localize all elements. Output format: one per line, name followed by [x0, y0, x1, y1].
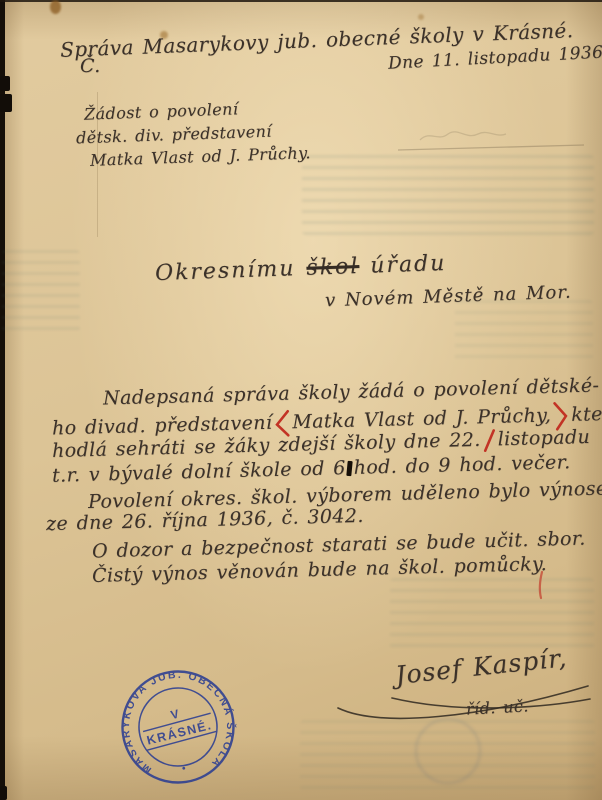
- recipient-struck-word: škol: [306, 254, 360, 281]
- faint-pencil-note: [392, 122, 590, 156]
- scan-edge-blemish: [0, 76, 10, 91]
- bleedthrough-smudge: [455, 300, 593, 362]
- recipient-line-1: Okresnímu škol úřadu: [155, 251, 447, 286]
- stamp-center-top-text: V: [169, 707, 180, 723]
- stamp-center: V KRÁSNÉ.: [138, 699, 216, 750]
- subject-line-1: Žádost o povolení: [84, 99, 239, 123]
- body-line-2-post: které: [571, 403, 602, 426]
- red-tick-mark: [533, 570, 547, 600]
- scan-edge-blemish: [0, 94, 12, 112]
- age-spot: [50, 0, 61, 14]
- scan-edge-left: [0, 0, 5, 800]
- bleedthrough-smudge: [302, 155, 594, 235]
- body-line-3-post: listopadu: [497, 426, 590, 450]
- subject-line-3: Matka Vlast od J. Průchy.: [90, 143, 311, 170]
- bleedthrough-smudge: [390, 578, 594, 650]
- bleedthrough-smudge: [2, 250, 80, 332]
- signature-title: říd. uč.: [466, 696, 530, 718]
- school-stamp: MASARYKOVA JUB. OBECNÁ ŠKOLA • V KRÁSNÉ.: [108, 657, 248, 797]
- body-line-4-post: hod. do 9 hod. večer.: [353, 451, 570, 479]
- file-number-label: Č.: [80, 55, 101, 77]
- scanned-letter-page: Správa Masarykovy jub. obecné školy v Kr…: [0, 0, 602, 800]
- red-slash-mark: [482, 428, 496, 452]
- recipient-word-2: úřadu: [370, 251, 447, 279]
- age-spot: [418, 14, 424, 20]
- scan-edge-blemish: [0, 786, 7, 800]
- recipient-word-1: Okresnímu: [155, 256, 296, 286]
- subject-line-2: dětsk. div. představení: [76, 122, 272, 148]
- scan-edge-top: [0, 0, 602, 2]
- ink-correction-mark: [346, 461, 352, 476]
